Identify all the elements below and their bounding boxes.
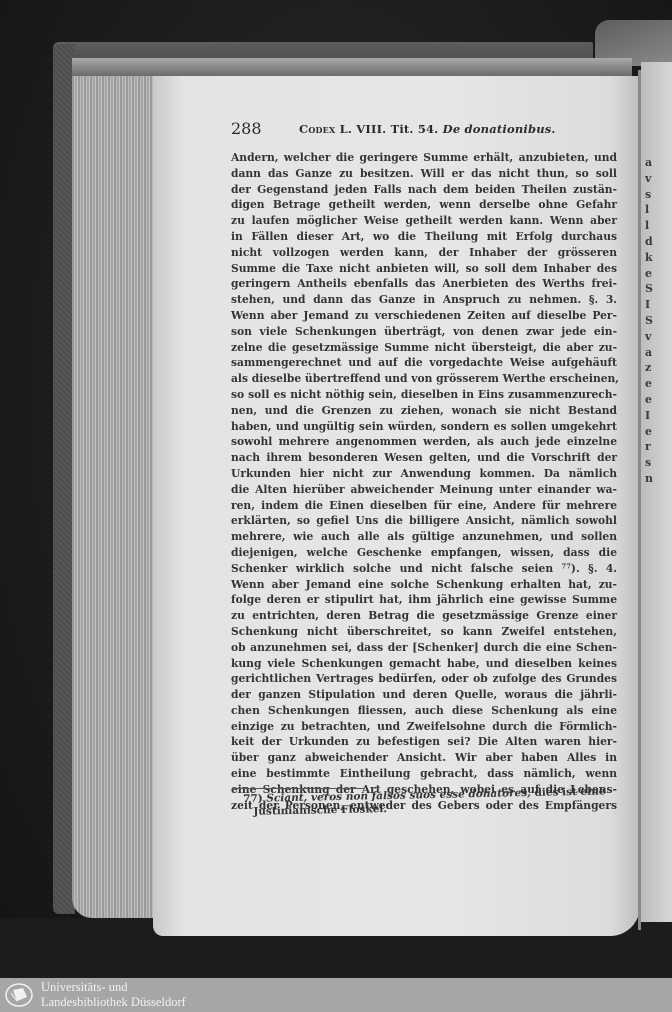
- running-head: 288 Codex L. VIII. Tit. 54. De donationi…: [231, 119, 631, 139]
- text-line: gerichtlichen Vertrages bedürfen, oder o…: [231, 671, 617, 687]
- next-page-edge: avslldkeSISvazeeIersn: [641, 62, 672, 922]
- text-line: der Gegenstand jeden Falls nach dem beid…: [231, 182, 617, 198]
- library-book-logo-icon[interactable]: [4, 982, 34, 1008]
- footnote-rule: [232, 788, 364, 789]
- next-page-fragment: k: [645, 252, 653, 264]
- next-page-fragment: a: [645, 347, 652, 359]
- text-line: Andern, welcher die geringere Summe erhä…: [231, 150, 617, 166]
- text-line: Summe die Taxe nicht anbieten will, so s…: [231, 261, 617, 277]
- title-name: De donationibus.: [443, 122, 556, 136]
- text-line: über ganz abweichender Ansicht. Wir aber…: [231, 750, 617, 766]
- text-line: sowohl mehrere angenommen werden, als au…: [231, 434, 617, 450]
- title-number: Tit. 54.: [391, 122, 439, 136]
- text-line: kung viele Schenkungen gemacht habe, und…: [231, 656, 617, 672]
- text-line: haben, und ungültig sein würden, sondern…: [231, 419, 617, 435]
- next-page-fragment: S: [645, 283, 653, 295]
- text-line: erklärten, so gefiel Uns die billigere A…: [231, 513, 617, 529]
- text-line: ob anzunehmen sei, dass der [Schenker] d…: [231, 640, 617, 656]
- next-page-fragment: e: [645, 426, 652, 438]
- text-line: zelne die gesetzmässige Summe nicht über…: [231, 340, 617, 356]
- next-page-fragment: e: [645, 394, 652, 406]
- text-line: zu laufen möglicher Weise getheilt werde…: [231, 213, 617, 229]
- footnote-marker: 77): [243, 793, 263, 805]
- body-text: Andern, welcher die geringere Summe erhä…: [231, 150, 617, 813]
- text-line: nicht vollzogen werden kann, der Inhaber…: [231, 245, 617, 261]
- text-line: eine bestimmte Eintheilung gebracht, das…: [231, 766, 617, 782]
- next-page-fragment: e: [645, 378, 652, 390]
- next-page-fragment: v: [645, 173, 651, 185]
- institution-line-2: Landesbibliothek Düsseldorf: [41, 995, 186, 1010]
- next-page-fragment: r: [645, 441, 651, 453]
- next-page-fragment: s: [645, 189, 651, 201]
- text-line: Schenkung nicht überschreitet, so kann Z…: [231, 624, 617, 640]
- next-page-fragment: S: [645, 315, 653, 327]
- text-line: mehrere, wie auch alle als gültige anzun…: [231, 529, 617, 545]
- running-head-title: Codex L. VIII. Tit. 54. De donationibus.: [299, 122, 556, 136]
- next-page-fragment: z: [645, 362, 651, 374]
- next-page-fragment: I: [645, 410, 650, 422]
- next-page-fragment: v: [645, 331, 651, 343]
- text-line: als dieselbe übertreffend und von grösse…: [231, 371, 617, 387]
- text-line: stehen, und dann das Ganze in Anspruch z…: [231, 292, 617, 308]
- footnote-text: dies ist eine: [534, 785, 605, 798]
- page-number: 288: [231, 119, 262, 138]
- next-page-fragment: s: [645, 457, 651, 469]
- next-page-fragment: l: [645, 204, 649, 216]
- text-line: zu entrichten, deren Betrag die gesetzmä…: [231, 608, 617, 624]
- text-line: Urkunden hier nicht zur Anwendung kommen…: [231, 466, 617, 482]
- text-line: keit der Urkunden zu befestigen sei? Die…: [231, 734, 617, 750]
- institution-line-1: Universitäts- und: [41, 980, 186, 995]
- text-line: Wenn aber Jemand eine solche Schenkung e…: [231, 577, 617, 593]
- text-line: son viele Schenkungen überträgt, von den…: [231, 324, 617, 340]
- text-line: Schenker wirklich solche und nicht falsc…: [231, 561, 617, 577]
- text-line: dann das Ganze zu besitzen. Will er das …: [231, 166, 617, 182]
- next-page-fragment: n: [645, 473, 653, 485]
- next-page-fragment: e: [645, 268, 652, 280]
- next-page-fragment: I: [645, 299, 650, 311]
- text-line: diejenigen, welche Geschenke empfangen, …: [231, 545, 617, 561]
- text-line: chen Schenkungen fliessen, auch diese Sc…: [231, 703, 617, 719]
- text-line: in Fällen dieser Art, wo die Theilung mi…: [231, 229, 617, 245]
- text-line: nen, und die Grenzen zu ziehen, wonach s…: [231, 403, 617, 419]
- text-line: folge deren er stipulirt hat, ihm jährli…: [231, 592, 617, 608]
- text-line: geringern Antheils ebenfalls das Anerbie…: [231, 276, 617, 292]
- text-line: einzige zu betrachten, und Zweifelsohne …: [231, 719, 617, 735]
- footer-bar: Universitäts- und Landesbibliothek Düsse…: [0, 978, 672, 1012]
- text-line: nach ihrem besonderen Wesen gelten, und …: [231, 450, 617, 466]
- text-line: so soll es nicht nöthig sein, dieselben …: [231, 387, 617, 403]
- next-page-fragment: l: [645, 220, 649, 232]
- text-line: sammengerechnet und auf die vorgedachte …: [231, 355, 617, 371]
- text-line: der ganzen Stipulation und deren Quelle,…: [231, 687, 617, 703]
- text-line: die Alten hierüber abweichender Meinung …: [231, 482, 617, 498]
- text-line: Wenn aber Jemand zu verschiedenen Zeiten…: [231, 308, 617, 324]
- next-page-fragment: a: [645, 157, 652, 169]
- page-block-top: [72, 58, 632, 76]
- institution-name[interactable]: Universitäts- und Landesbibliothek Düsse…: [41, 980, 186, 1010]
- text-line: digen Betrage getheilt werden, wenn ders…: [231, 197, 617, 213]
- codex-label: Codex: [299, 122, 335, 136]
- page-block-edges: [72, 58, 156, 918]
- next-page-fragment: d: [645, 236, 653, 248]
- book-label: L. VIII.: [340, 122, 387, 136]
- text-line: ren, indem die Einen dieselben für eine,…: [231, 498, 617, 514]
